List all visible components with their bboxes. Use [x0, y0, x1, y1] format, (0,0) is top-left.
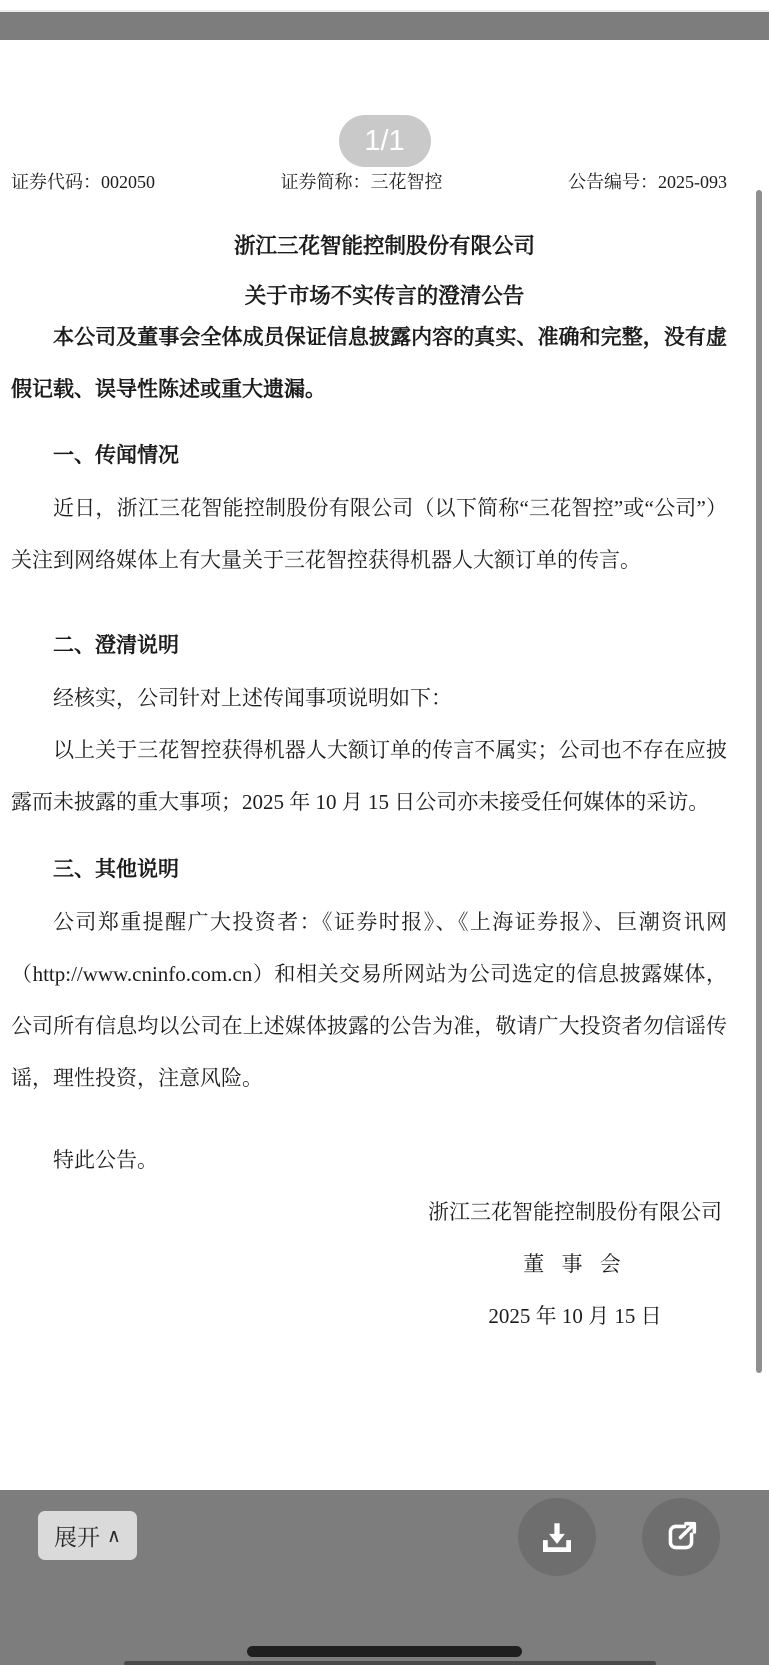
share-icon: [661, 1517, 701, 1557]
stock-code: 证券代码：002050: [11, 171, 155, 193]
stock-name: 证券简称：三花智控: [281, 171, 443, 193]
download-button[interactable]: [518, 1498, 596, 1576]
section-2-paragraph-2: 以上关于三花智控获得机器人大额订单的传言不属实；公司也不存在应披露而未披露的重大…: [11, 724, 727, 828]
section-3-heading: 三、其他说明: [11, 844, 727, 896]
vertical-scrollbar[interactable]: [756, 190, 762, 1373]
signature-board: 董 事 会: [428, 1238, 722, 1290]
download-icon: [538, 1518, 576, 1556]
expand-button-label: 展开: [54, 1519, 100, 1552]
viewer-bottom-toolbar: 展开 ∧: [0, 1490, 769, 1665]
expand-button[interactable]: 展开 ∧: [38, 1511, 137, 1560]
announcement-header-row: 证券代码：002050 证券简称：三花智控 公告编号：2025-093: [0, 171, 769, 193]
home-indicator[interactable]: [247, 1646, 522, 1657]
truthfulness-statement: 本公司及董事会全体成员保证信息披露内容的真实、准确和完整，没有虚假记载、误导性陈…: [11, 311, 727, 415]
viewer-top-bar: [0, 12, 769, 40]
document-page: 1/1 证券代码：002050 证券简称：三花智控 公告编号：2025-093 …: [0, 115, 769, 1342]
signature-block: 浙江三花智能控制股份有限公司 董 事 会 2025 年 10 月 15 日: [428, 1186, 722, 1342]
chevron-up-icon: ∧: [107, 1525, 121, 1547]
signature-company: 浙江三花智能控制股份有限公司: [428, 1186, 722, 1238]
section-3-paragraph: 公司郑重提醒广大投资者：《证券时报》、《上海证券报》、巨潮资讯网（http://…: [11, 896, 727, 1104]
announcement-number: 公告编号：2025-093: [568, 171, 727, 193]
share-button[interactable]: [642, 1498, 720, 1576]
section-1-heading: 一、传闻情况: [11, 430, 727, 482]
section-2-paragraph-1: 经核实，公司针对上述传闻事项说明如下：: [11, 672, 727, 724]
page-indicator-badge: 1/1: [339, 115, 431, 167]
closing-line: 特此公告。: [11, 1134, 727, 1186]
section-1-paragraph: 近日，浙江三花智能控制股份有限公司（以下简称“三花智控”或“公司”）关注到网络媒…: [11, 482, 727, 586]
section-2-heading: 二、澄清说明: [11, 620, 727, 672]
doc-body: 本公司及董事会全体成员保证信息披露内容的真实、准确和完整，没有虚假记载、误导性陈…: [0, 311, 769, 1342]
doc-title-subject: 关于市场不实传言的澄清公告: [0, 281, 769, 311]
bottom-divider-line: [124, 1661, 656, 1665]
signature-date: 2025 年 10 月 15 日: [428, 1290, 722, 1342]
doc-title-company: 浙江三花智能控制股份有限公司: [0, 231, 769, 261]
status-area: [0, 0, 769, 10]
